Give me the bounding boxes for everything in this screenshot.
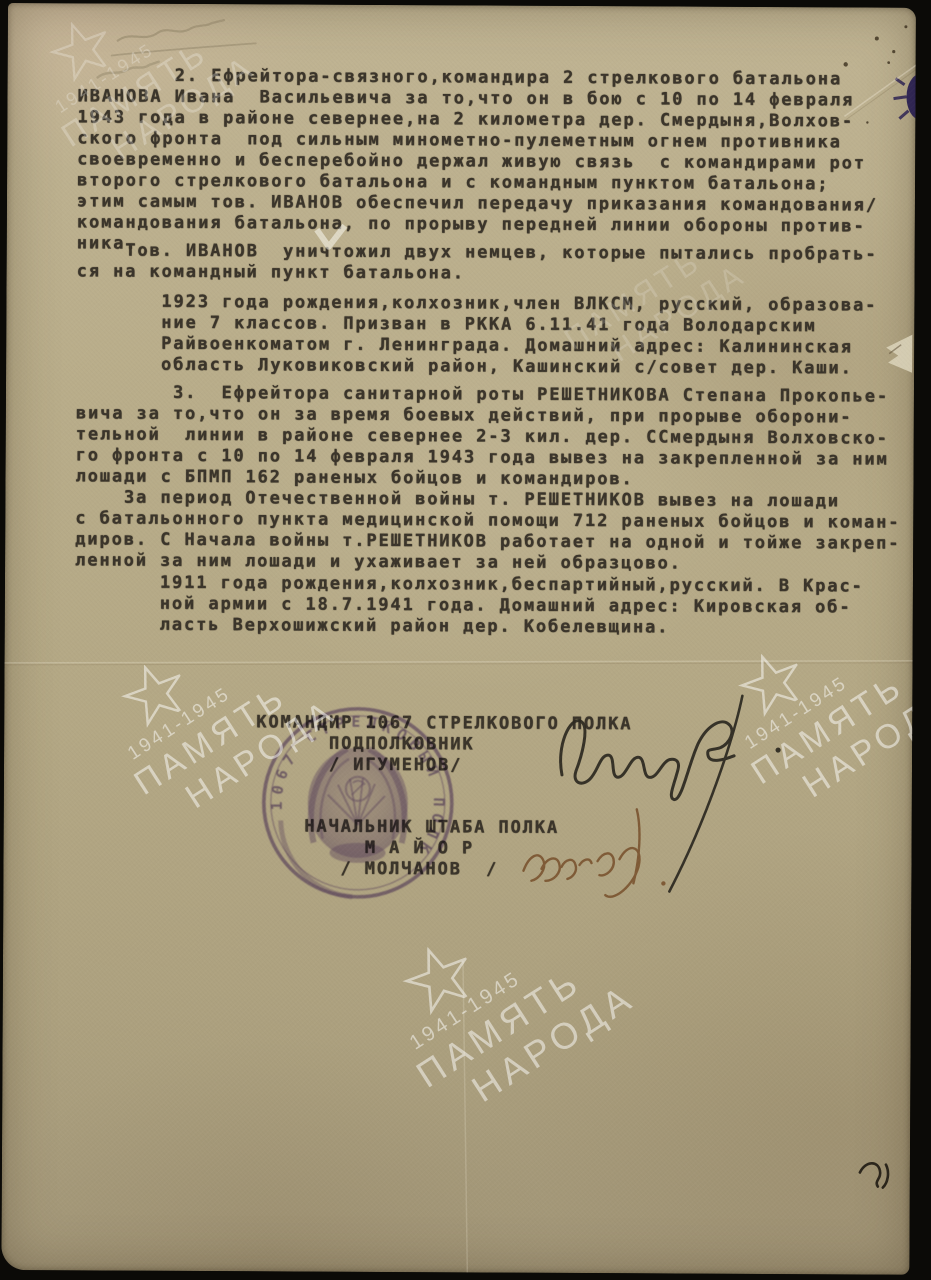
watermark-line2: НАРОДА — [465, 976, 643, 1111]
watermark-bottom: 1941-1945 ПАМЯТЬ НАРОДА — [363, 868, 643, 1132]
paragraph-ivanov-citation: 2. Ефрейтора-связного,командира 2 стрелк… — [77, 65, 879, 258]
scanned-archive-page: { "palette": { "scan_background": "#0b0a… — [0, 0, 931, 1280]
watermark-years: 1941-1945 — [741, 630, 916, 755]
watermark-years: 1941-1945 — [406, 921, 597, 1056]
paragraph-ivanov-biography: 1923 года рождения,колхозник,член ВЛКСМ,… — [76, 291, 877, 379]
ink-blot — [893, 74, 916, 131]
watermark-line2: НАРОДА — [796, 681, 916, 806]
star-icon — [730, 641, 814, 723]
paragraph-reshetnikov-citation: 3. Ефрейтора санитарной роты РЕШЕТНИКОВА… — [75, 382, 901, 575]
document-page: 2. Ефрейтора-связного,командира 2 стрелк… — [1, 3, 916, 1275]
paragraph-reshetnikov-biography: 1911 года рождения,колхозник,беспартийны… — [75, 572, 864, 639]
paper-tear — [886, 335, 912, 373]
watermark-line1: ПАМЯТЬ — [410, 941, 620, 1097]
watermark-line1: ПАМЯТЬ — [745, 648, 916, 792]
paragraph-ivanov-germans: Тов. ИВАНОВ уничтожил двух немцев, котор… — [77, 240, 878, 286]
regimental-stamp: 1067 СТРЕЛКОВЫЙ ПОЛК — [250, 702, 466, 903]
star-icon — [394, 933, 484, 1022]
ink-scribble — [860, 1163, 888, 1187]
